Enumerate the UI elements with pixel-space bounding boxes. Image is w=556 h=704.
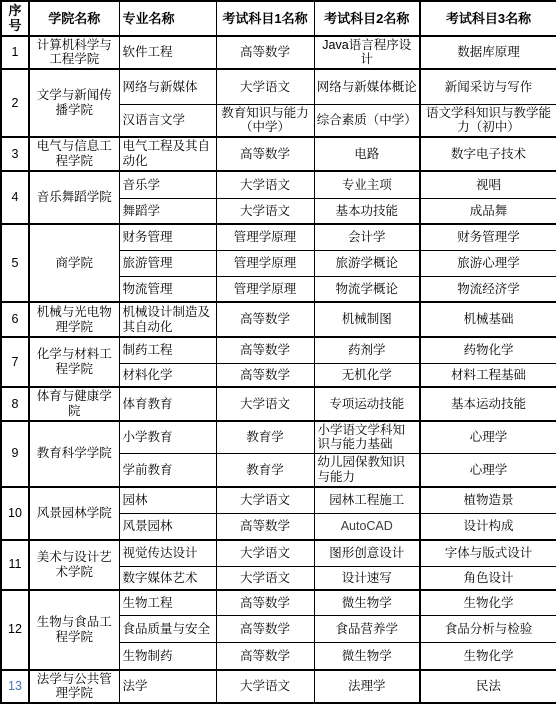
subject1-cell: 管理学原理 xyxy=(216,276,314,302)
exam-subjects-table: 序号 学院名称 专业名称 考试科目1名称 考试科目2名称 考试科目3名称 1 计… xyxy=(0,0,556,704)
seq-cell: 6 xyxy=(1,302,29,337)
table-row: 3 电气与信息工程学院 电气工程及其自动化 高等数学 电路 数字电子技术 xyxy=(1,137,556,171)
subject2-cell: 会计学 xyxy=(314,224,420,250)
subject2-cell: 小学语文学科知识与能力基础 xyxy=(314,421,420,454)
subject2-cell: 电路 xyxy=(314,137,420,171)
college-cell: 音乐舞蹈学院 xyxy=(29,171,119,224)
table-row: 6 机械与光电物理学院 机械设计制造及其自动化 高等数学 机械制图 机械基础 xyxy=(1,302,556,337)
subject1-cell: 大学语文 xyxy=(216,198,314,224)
subject2-cell: 幼儿园保教知识与能力 xyxy=(314,454,420,487)
subject3-cell: 字体与版式设计 xyxy=(420,540,556,567)
major-cell: 物流管理 xyxy=(119,276,216,302)
seq-cell: 1 xyxy=(1,36,29,70)
subject3-cell: 视唱 xyxy=(420,171,556,198)
subject3-cell: 机械基础 xyxy=(420,302,556,337)
seq-cell: 11 xyxy=(1,540,29,590)
subject1-cell: 管理学原理 xyxy=(216,224,314,250)
subject2-cell: 无机化学 xyxy=(314,363,420,387)
subject3-cell: 数字电子技术 xyxy=(420,137,556,171)
major-cell: 学前教育 xyxy=(119,454,216,487)
subject3-cell: 生物化学 xyxy=(420,590,556,616)
subject3-cell: 物流经济学 xyxy=(420,276,556,302)
seq-cell: 4 xyxy=(1,171,29,224)
header-subject1: 考试科目1名称 xyxy=(216,1,314,36)
college-cell: 生物与食品工程学院 xyxy=(29,590,119,670)
subject3-cell: 民法 xyxy=(420,670,556,704)
subject1-cell: 大学语文 xyxy=(216,69,314,104)
subject3-cell: 数据库原理 xyxy=(420,36,556,70)
major-cell: 生物制药 xyxy=(119,643,216,670)
subject1-cell: 高等数学 xyxy=(216,302,314,337)
subject1-cell: 高等数学 xyxy=(216,137,314,171)
subject1-cell: 教育知识与能力（中学） xyxy=(216,104,314,137)
subject3-cell: 生物化学 xyxy=(420,643,556,670)
subject2-cell: 微生物学 xyxy=(314,643,420,670)
subject3-cell: 设计构成 xyxy=(420,514,556,540)
major-cell: 法学 xyxy=(119,670,216,704)
subject3-cell: 材料工程基础 xyxy=(420,363,556,387)
subject1-cell: 高等数学 xyxy=(216,590,314,616)
major-cell: 舞蹈学 xyxy=(119,198,216,224)
college-cell: 商学院 xyxy=(29,224,119,302)
subject2-cell: 网络与新媒体概论 xyxy=(314,69,420,104)
subject3-cell: 植物造景 xyxy=(420,487,556,514)
table-row: 8 体育与健康学院 体育教育 大学语文 专项运动技能 基本运动技能 xyxy=(1,387,556,421)
header-row: 序号 学院名称 专业名称 考试科目1名称 考试科目2名称 考试科目3名称 xyxy=(1,1,556,36)
major-cell: 网络与新媒体 xyxy=(119,69,216,104)
header-college: 学院名称 xyxy=(29,1,119,36)
college-cell: 文学与新闻传播学院 xyxy=(29,69,119,137)
subject1-cell: 高等数学 xyxy=(216,337,314,363)
major-cell: 小学教育 xyxy=(119,421,216,454)
table-row: 1 计算机科学与工程学院 软件工程 高等数学 Java语言程序设计 数据库原理 xyxy=(1,36,556,70)
subject1-cell: 大学语文 xyxy=(216,487,314,514)
college-cell: 机械与光电物理学院 xyxy=(29,302,119,337)
subject3-cell: 语文学科知识与教学能力（初中） xyxy=(420,104,556,137)
seq-cell: 2 xyxy=(1,69,29,137)
subject2-cell: 综合素质（中学） xyxy=(314,104,420,137)
subject1-cell: 高等数学 xyxy=(216,363,314,387)
subject3-cell: 财务管理学 xyxy=(420,224,556,250)
major-cell: 机械设计制造及其自动化 xyxy=(119,302,216,337)
subject3-cell: 新闻采访与写作 xyxy=(420,69,556,104)
seq-cell: 3 xyxy=(1,137,29,171)
subject2-cell: 机械制图 xyxy=(314,302,420,337)
seq-cell: 7 xyxy=(1,337,29,387)
subject3-cell: 心理学 xyxy=(420,421,556,454)
major-cell: 旅游管理 xyxy=(119,250,216,276)
table-row: 9 教育科学学院 小学教育 教育学 小学语文学科知识与能力基础 心理学 xyxy=(1,421,556,454)
subject2-cell: Java语言程序设计 xyxy=(314,36,420,70)
subject1-cell: 高等数学 xyxy=(216,36,314,70)
major-cell: 视觉传达设计 xyxy=(119,540,216,567)
seq-cell: 9 xyxy=(1,421,29,487)
major-cell: 汉语言文学 xyxy=(119,104,216,137)
subject1-cell: 大学语文 xyxy=(216,387,314,421)
major-cell: 数字媒体艺术 xyxy=(119,567,216,590)
subject2-cell: 设计速写 xyxy=(314,567,420,590)
subject1-cell: 大学语文 xyxy=(216,540,314,567)
subject3-cell: 食品分析与检验 xyxy=(420,616,556,643)
subject2-cell: 基本功技能 xyxy=(314,198,420,224)
subject2-cell: 食品营养学 xyxy=(314,616,420,643)
major-cell: 食品质量与安全 xyxy=(119,616,216,643)
table-row: 4 音乐舞蹈学院 音乐学 大学语文 专业主项 视唱 xyxy=(1,171,556,198)
subject2-cell: 物流学概论 xyxy=(314,276,420,302)
college-cell: 计算机科学与工程学院 xyxy=(29,36,119,70)
header-subject2: 考试科目2名称 xyxy=(314,1,420,36)
subject1-cell: 教育学 xyxy=(216,454,314,487)
table-row: 13 法学与公共管理学院 法学 大学语文 法理学 民法 xyxy=(1,670,556,704)
subject3-cell: 药物化学 xyxy=(420,337,556,363)
college-cell: 教育科学学院 xyxy=(29,421,119,487)
subject3-cell: 角色设计 xyxy=(420,567,556,590)
table-row: 2 文学与新闻传播学院 网络与新媒体 大学语文 网络与新媒体概论 新闻采访与写作 xyxy=(1,69,556,104)
subject1-cell: 大学语文 xyxy=(216,171,314,198)
college-cell: 化学与材料工程学院 xyxy=(29,337,119,387)
table-row: 5 商学院 财务管理 管理学原理 会计学 财务管理学 xyxy=(1,224,556,250)
major-cell: 园林 xyxy=(119,487,216,514)
major-cell: 电气工程及其自动化 xyxy=(119,137,216,171)
subject2-cell: 药剂学 xyxy=(314,337,420,363)
subject2-cell: 专业主项 xyxy=(314,171,420,198)
college-cell: 体育与健康学院 xyxy=(29,387,119,421)
subject3-cell: 心理学 xyxy=(420,454,556,487)
major-cell: 制药工程 xyxy=(119,337,216,363)
subject2-cell: 专项运动技能 xyxy=(314,387,420,421)
table-row: 11 美术与设计艺术学院 视觉传达设计 大学语文 图形创意设计 字体与版式设计 xyxy=(1,540,556,567)
subject2-cell: 旅游学概论 xyxy=(314,250,420,276)
subject1-cell: 管理学原理 xyxy=(216,250,314,276)
subject3-cell: 基本运动技能 xyxy=(420,387,556,421)
seq-cell: 13 xyxy=(1,670,29,704)
major-cell: 风景园林 xyxy=(119,514,216,540)
subject3-cell: 旅游心理学 xyxy=(420,250,556,276)
college-cell: 风景园林学院 xyxy=(29,487,119,540)
subject1-cell: 高等数学 xyxy=(216,643,314,670)
college-cell: 法学与公共管理学院 xyxy=(29,670,119,704)
seq-cell: 10 xyxy=(1,487,29,540)
subject2-cell: 园林工程施工 xyxy=(314,487,420,514)
college-cell: 美术与设计艺术学院 xyxy=(29,540,119,590)
header-major: 专业名称 xyxy=(119,1,216,36)
subject2-cell: 微生物学 xyxy=(314,590,420,616)
major-cell: 软件工程 xyxy=(119,36,216,70)
major-cell: 财务管理 xyxy=(119,224,216,250)
subject3-cell: 成品舞 xyxy=(420,198,556,224)
seq-cell: 12 xyxy=(1,590,29,670)
subject2-cell: 法理学 xyxy=(314,670,420,704)
seq-cell: 5 xyxy=(1,224,29,302)
major-cell: 材料化学 xyxy=(119,363,216,387)
header-subject3: 考试科目3名称 xyxy=(420,1,556,36)
table-row: 10 风景园林学院 园林 大学语文 园林工程施工 植物造景 xyxy=(1,487,556,514)
subject1-cell: 教育学 xyxy=(216,421,314,454)
subject1-cell: 大学语文 xyxy=(216,567,314,590)
table-row: 12 生物与食品工程学院 生物工程 高等数学 微生物学 生物化学 xyxy=(1,590,556,616)
college-cell: 电气与信息工程学院 xyxy=(29,137,119,171)
seq-cell: 8 xyxy=(1,387,29,421)
subject2-cell: AutoCAD xyxy=(314,514,420,540)
major-cell: 生物工程 xyxy=(119,590,216,616)
major-cell: 音乐学 xyxy=(119,171,216,198)
header-seq: 序号 xyxy=(1,1,29,36)
major-cell: 体育教育 xyxy=(119,387,216,421)
subject1-cell: 高等数学 xyxy=(216,616,314,643)
subject1-cell: 大学语文 xyxy=(216,670,314,704)
subject2-cell: 图形创意设计 xyxy=(314,540,420,567)
subject1-cell: 高等数学 xyxy=(216,514,314,540)
table-row: 7 化学与材料工程学院 制药工程 高等数学 药剂学 药物化学 xyxy=(1,337,556,363)
